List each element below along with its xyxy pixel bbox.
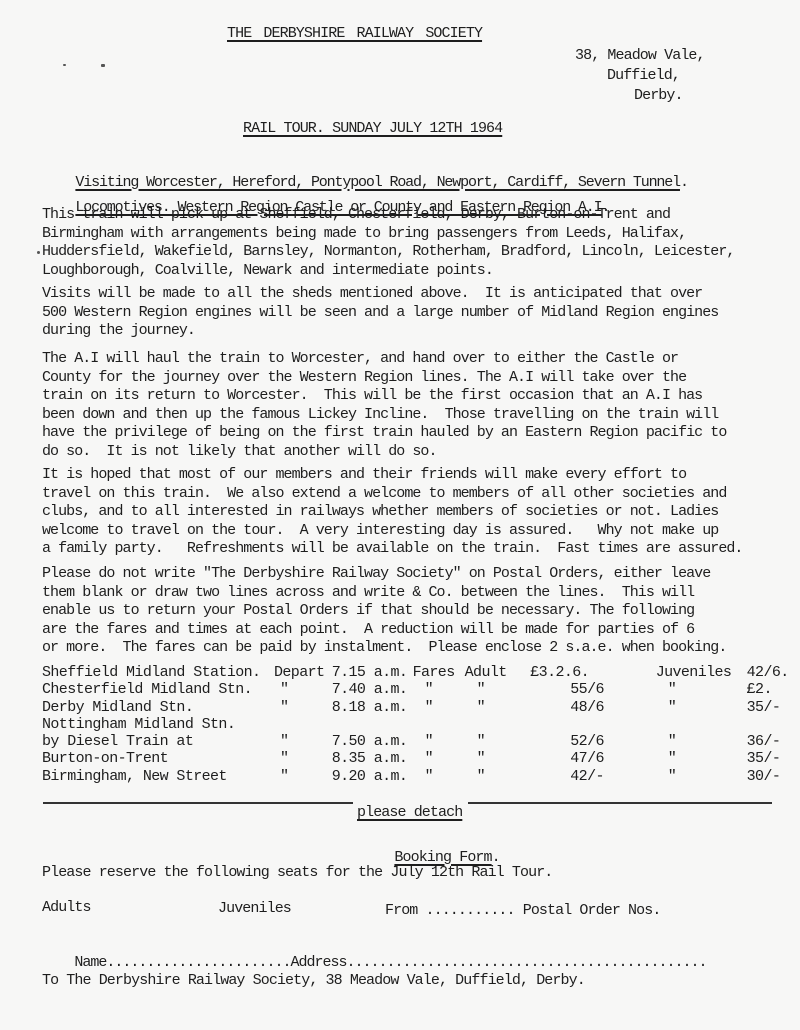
adult-label-cell: Adult — [465, 664, 525, 681]
fares-label-cell: " — [413, 681, 465, 698]
adult-label-cell: " — [465, 733, 525, 750]
depart-cell: Depart — [274, 664, 332, 681]
visiting-end: . — [680, 174, 688, 191]
adult-label-cell: " — [465, 768, 525, 785]
adult-label-cell: " — [465, 699, 525, 716]
juvenile-fare-cell: 42/6. — [747, 664, 800, 681]
society-title: THE DERBYSHIRE RAILWAY SOCIETY — [227, 25, 482, 44]
paragraph-locomotive-haul: The A.I will haul the train to Worcester… — [42, 350, 792, 462]
juvenile-fare-cell: £2. — [747, 681, 800, 698]
juvenile-fare-cell: 35/- — [747, 699, 800, 716]
detach-label: please detach — [357, 804, 462, 823]
adult-fare-cell: 42/- — [524, 768, 655, 785]
juvenile-fare-cell: 36/- — [747, 733, 800, 750]
juveniles-label-cell: " — [656, 699, 747, 716]
booking-form-title-text: Booking Form — [394, 849, 491, 866]
booking-instruction: Please reserve the following seats for t… — [42, 864, 552, 883]
from-postal-order-field[interactable]: From ........... Postal Order Nos. — [385, 902, 660, 921]
time-cell: 8.18 a.m. — [332, 699, 413, 716]
adult-label-cell — [465, 716, 525, 733]
fare-row: Birmingham, New Street"9.20 a.m.""42/-"3… — [42, 768, 800, 785]
depart-cell: " — [274, 699, 332, 716]
juveniles-field-label[interactable]: Juveniles — [218, 900, 291, 919]
station-cell: Nottingham Midland Stn. — [42, 716, 274, 733]
paragraph-postal-orders: Please do not write "The Derbyshire Rail… — [42, 565, 792, 658]
fare-row: Burton-on-Trent"8.35 a.m.""47/6"35/- — [42, 750, 800, 767]
address-line-2: Duffield, — [607, 67, 680, 86]
fare-row: Sheffield Midland Station.Depart7.15 a.m… — [42, 664, 800, 681]
time-cell: 9.20 a.m. — [332, 768, 413, 785]
return-address: To The Derbyshire Railway Society, 38 Me… — [42, 972, 585, 991]
juveniles-label-cell: " — [656, 681, 747, 698]
scan-speck — [101, 64, 105, 67]
depart-cell: " — [274, 768, 332, 785]
scan-speck — [63, 64, 66, 66]
adult-fare-cell: 52/6 — [524, 733, 655, 750]
name-field[interactable]: Name....................... — [74, 954, 290, 971]
fare-row: by Diesel Train at"7.50 a.m.""52/6"36/- — [42, 733, 800, 750]
station-cell: Derby Midland Stn. — [42, 699, 274, 716]
fare-row: Derby Midland Stn."8.18 a.m.""48/6"35/- — [42, 699, 800, 716]
time-cell: 7.15 a.m. — [332, 664, 413, 681]
fare-row: Chesterfield Midland Stn."7.40 a.m.""55/… — [42, 681, 800, 698]
adult-label-cell: " — [465, 750, 525, 767]
juvenile-fare-cell: 35/- — [747, 750, 800, 767]
adult-label-cell: " — [465, 681, 525, 698]
juveniles-label-cell: " — [656, 733, 747, 750]
fares-label-cell: " — [413, 768, 465, 785]
time-cell: 8.35 a.m. — [332, 750, 413, 767]
station-cell: Burton-on-Trent — [42, 750, 274, 767]
paragraph-pickup: This train will pick up at Sheffield, Ch… — [42, 206, 792, 280]
depart-cell: " — [274, 681, 332, 698]
adult-fare-cell: 47/6 — [524, 750, 655, 767]
adult-fare-cell: 48/6 — [524, 699, 655, 716]
adult-fare-cell: £3.2.6. — [524, 664, 655, 681]
time-cell — [332, 716, 413, 733]
scan-speck — [37, 251, 40, 254]
time-cell: 7.40 a.m. — [332, 681, 413, 698]
detach-line-right — [468, 802, 772, 804]
juveniles-label-cell — [656, 716, 747, 733]
juveniles-label-cell: " — [656, 750, 747, 767]
juvenile-fare-cell: 30/- — [747, 768, 800, 785]
address-field[interactable]: Address.................................… — [290, 954, 706, 971]
fares-label-cell — [413, 716, 465, 733]
station-cell: by Diesel Train at — [42, 733, 274, 750]
adult-fare-cell — [524, 716, 655, 733]
fares-table: Sheffield Midland Station.Depart7.15 a.m… — [42, 664, 800, 785]
juvenile-fare-cell — [747, 716, 800, 733]
juveniles-label-cell: Juveniles — [656, 664, 747, 681]
depart-cell: " — [274, 750, 332, 767]
depart-cell — [274, 716, 332, 733]
fares-label-cell: " — [413, 733, 465, 750]
juveniles-label-cell: " — [656, 768, 747, 785]
station-cell: Birmingham, New Street — [42, 768, 274, 785]
adult-fare-cell: 55/6 — [524, 681, 655, 698]
fares-label-cell: " — [413, 750, 465, 767]
station-cell: Sheffield Midland Station. — [42, 664, 274, 681]
time-cell: 7.50 a.m. — [332, 733, 413, 750]
tour-title: RAIL TOUR. SUNDAY JULY 12TH 1964 — [243, 120, 502, 139]
adults-field-label[interactable]: Adults — [42, 899, 91, 918]
paragraph-visits: Visits will be made to all the sheds men… — [42, 285, 792, 341]
address-line-1: 38, Meadow Vale, — [575, 47, 705, 66]
fares-label-cell: Fares — [413, 664, 465, 681]
fare-row: Nottingham Midland Stn. — [42, 716, 800, 733]
station-cell: Chesterfield Midland Stn. — [42, 681, 274, 698]
fares-label-cell: " — [413, 699, 465, 716]
booking-form-title-end: . — [492, 849, 500, 866]
detach-line-left — [43, 802, 353, 804]
address-line-3: Derby. — [634, 87, 683, 106]
document-page: THE DERBYSHIRE RAILWAY SOCIETY 38, Meado… — [0, 0, 800, 1030]
paragraph-invitation: It is hoped that most of our members and… — [42, 466, 792, 559]
depart-cell: " — [274, 733, 332, 750]
